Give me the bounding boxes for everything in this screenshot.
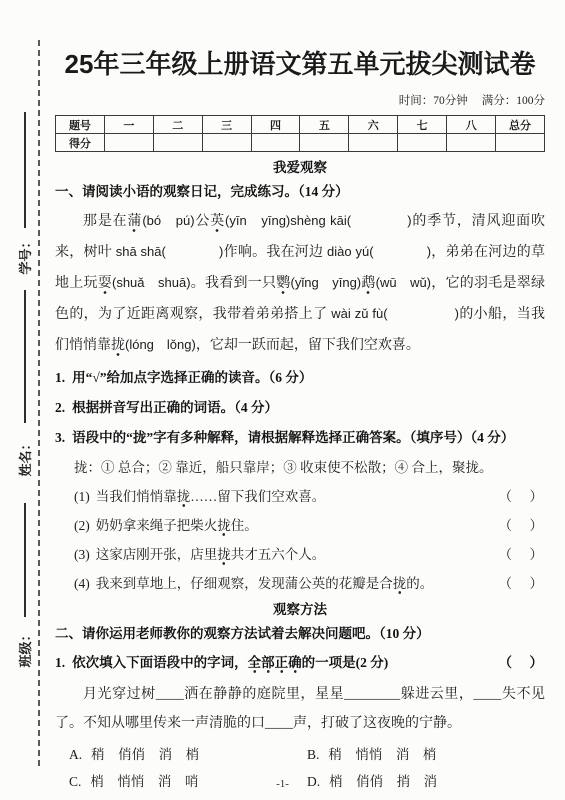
- sub-text-post: 住。: [231, 518, 258, 533]
- score-table-header-cell: 八: [447, 116, 496, 134]
- student-id-label: 学号：: [15, 233, 35, 277]
- class-label: 班级：: [15, 626, 35, 670]
- emphasized-char: 拢: [393, 576, 407, 595]
- choice-option[interactable]: B.稍 悄悄 消 梢: [307, 741, 545, 768]
- sub-question-text: 这家店刚开张，店里拢共才五六个人。: [96, 540, 326, 569]
- sub-question-number: (3): [74, 540, 90, 569]
- full-score: 满分：100分: [482, 95, 545, 107]
- student-id-writing-line: [24, 112, 26, 228]
- score-table-header-cell: 总分: [496, 116, 545, 134]
- passage-segment: 鹉: [361, 276, 376, 295]
- option-letter: B.: [307, 747, 319, 762]
- question-number: 1.: [55, 370, 65, 385]
- question-text-post: 的一项是(2 分): [302, 655, 389, 670]
- sub-text-post: 共才五六个人。: [231, 547, 326, 562]
- score-table-score-row: 得分: [56, 134, 545, 152]
- score-table-header-cell: 六: [349, 116, 398, 134]
- sub-question-line: (2) 奶奶拿来绳子把柴火拢住。 （ ）: [55, 511, 545, 540]
- passage-segment: 作响。我在河边: [223, 245, 327, 260]
- question-number: 3.: [55, 430, 65, 445]
- question-line: 3.语段中的“拢”字有多种解释，请根据解释选择正确答案。（填序号）（4 分）: [55, 423, 545, 453]
- score-row-label: 得分: [56, 134, 105, 152]
- score-table-header-cell: 题号: [56, 116, 105, 134]
- emphasized-char: 拢: [217, 518, 231, 537]
- score-empty-cell[interactable]: [447, 134, 496, 152]
- observation-diary-passage: 那是在蒲(bó pú)公英(yīn yīng)shèng kāi( )的季节，清…: [55, 206, 545, 361]
- section1-questions: 1.用“√”给加点字选择正确的读音。（6 分） 2.根据拼音写出正确的词语。（4…: [55, 363, 545, 453]
- exam-paper-page: 学号： 姓名： 班级： 25年三年级上册语文第五单元拔尖测试卷 时间：70分钟满…: [0, 0, 565, 800]
- answer-blank[interactable]: （ ）: [499, 511, 546, 540]
- class-writing-line: [24, 503, 26, 617]
- section1-sub-items: (1) 当我们悄悄靠拢……留下我们空欢喜。 （ ） (2) 奶奶拿来绳子把柴火拢…: [55, 482, 545, 598]
- name-writing-line: [24, 290, 26, 423]
- score-empty-cell[interactable]: [251, 134, 300, 152]
- question-number: 2.: [55, 400, 65, 415]
- passage-segment: 耍: [98, 276, 112, 295]
- option-text: 稍 悄悄 消 梢: [328, 747, 436, 762]
- passage-segment: 公: [195, 214, 211, 229]
- score-empty-cell[interactable]: [104, 134, 153, 152]
- score-table-header-cell: 一: [104, 116, 153, 134]
- passage-segment: (wū wǔ): [376, 275, 431, 290]
- score-empty-cell[interactable]: [496, 134, 545, 152]
- score-empty-cell[interactable]: [349, 134, 398, 152]
- answer-blank[interactable]: （ ）: [499, 482, 546, 511]
- score-table-header-cell: 七: [398, 116, 447, 134]
- sub-question-line: (1) 当我们悄悄靠拢……留下我们空欢喜。 （ ）: [55, 482, 545, 511]
- cloze-passage: 月光穿过树____洒在静静的庭院里，星星________躲进云里，____失不见…: [55, 680, 545, 738]
- sub-text-pre: 奶奶拿来绳子把柴火: [96, 518, 218, 533]
- section2-intro: 二、请你运用老师教你的观察方法试着去解决问题吧。（10 分）: [55, 622, 545, 646]
- score-table-header-cell: 五: [300, 116, 349, 134]
- sub-text-post: ……留下我们空欢喜。: [190, 489, 325, 504]
- passage-segment: (lóng lǒng): [125, 337, 196, 352]
- score-table-header-cell: 二: [153, 116, 202, 134]
- question-text: 用“√”给加点字选择正确的读音。（6 分）: [72, 370, 312, 385]
- question-line: 1.用“√”给加点字选择正确的读音。（6 分）: [55, 363, 545, 393]
- score-empty-cell[interactable]: [202, 134, 251, 152]
- passage-segment: ，它却一跃而起，留下我们空欢喜。: [196, 338, 420, 353]
- section1-intro: 一、请阅读小语的观察日记，完成练习。（14 分）: [55, 180, 545, 204]
- sub-question-text: 奶奶拿来绳子把柴火拢住。: [96, 511, 258, 540]
- question-number: 1.: [55, 648, 65, 678]
- score-empty-cell[interactable]: [153, 134, 202, 152]
- seal-dashed-line: [38, 40, 40, 766]
- score-table-header-cell: 四: [251, 116, 300, 134]
- passage-segment: 。我看到一只: [191, 276, 277, 291]
- name-label: 姓名：: [15, 435, 35, 479]
- score-table-header-cell: 三: [202, 116, 251, 134]
- exam-title: 25年三年级上册语文第五单元拔尖测试卷: [55, 44, 545, 84]
- answer-blank[interactable]: （ ）: [499, 569, 546, 598]
- question-text-pre: 依次填入下面语段中的字词，: [72, 655, 248, 670]
- score-empty-cell[interactable]: [300, 134, 349, 152]
- sub-question-number: (2): [74, 511, 90, 540]
- sub-question-text: 我来到草地上，仔细观察，发现蒲公英的花瓣是合拢的。: [96, 569, 434, 598]
- passage-segment: diào yú( ): [327, 244, 431, 259]
- question-text: 依次填入下面语段中的字词，全部正确的一项是(2 分): [72, 648, 388, 678]
- answer-blank[interactable]: （ ）: [499, 540, 546, 569]
- page-number: -1-: [0, 778, 565, 790]
- passage-segment: (shuǎ shuā): [112, 275, 191, 290]
- sub-text-pre: 这家店刚开张，店里: [96, 547, 218, 562]
- sub-question-line: (3) 这家店刚开张，店里拢共才五六个人。 （ ）: [55, 540, 545, 569]
- content-column: 25年三年级上册语文第五单元拔尖测试卷 时间：70分钟满分：100分 题号一二三…: [55, 44, 545, 795]
- section1-heading: 我爱观察: [55, 158, 545, 177]
- passage-segment: 拢: [111, 338, 125, 357]
- emphasized-phrase: 全部正确: [248, 655, 302, 674]
- question-text: 语段中的“拢”字有多种解释，请根据解释选择正确答案。（填序号）（4 分）: [72, 430, 514, 445]
- passage-segment: 英: [210, 214, 225, 233]
- score-table-header-row: 题号一二三四五六七八总分: [56, 116, 545, 134]
- choice-option[interactable]: A.稍 俏俏 消 梢: [69, 741, 307, 768]
- sub-text-post: 的。: [406, 576, 433, 591]
- score-table: 题号一二三四五六七八总分 得分: [55, 115, 545, 152]
- question-line: 2.根据拼音写出正确的词语。（4 分）: [55, 393, 545, 423]
- option-letter: A.: [69, 747, 82, 762]
- sub-question-line: (4) 我来到草地上，仔细观察，发现蒲公英的花瓣是合拢的。 （ ）: [55, 569, 545, 598]
- option-text: 稍 俏俏 消 梢: [91, 747, 199, 762]
- question-text: 根据拼音写出正确的词语。（4 分）: [72, 400, 278, 415]
- passage-segment: (yīn yīng): [225, 213, 290, 228]
- passage-segment: 蒲: [127, 214, 142, 233]
- section2-question1: 1. 依次填入下面语段中的字词，全部正确的一项是(2 分) （ ）: [55, 648, 545, 678]
- section2-heading: 观察方法: [55, 600, 545, 619]
- emphasized-char: 拢: [177, 489, 191, 508]
- sub-text-pre: 我来到草地上，仔细观察，发现蒲公英的花瓣是合: [96, 576, 393, 591]
- passage-segment: 鹦: [276, 276, 290, 295]
- sub-question-text: 当我们悄悄靠拢……留下我们空欢喜。: [96, 482, 326, 511]
- sub-question-number: (4): [74, 569, 90, 598]
- passage-segment: (yǐng yīng): [291, 275, 362, 290]
- definition-line: 拢：① 总合；② 靠近，船只靠岸；③ 收束使不松散；④ 合上，聚拢。: [55, 453, 545, 482]
- answer-blank[interactable]: （ ）: [499, 648, 546, 678]
- emphasized-char: 拢: [217, 547, 231, 566]
- passage-segment: wài zǔ fù( ): [331, 306, 459, 321]
- exam-meta: 时间：70分钟满分：100分: [55, 92, 545, 108]
- score-empty-cell[interactable]: [398, 134, 447, 152]
- passage-segment: 那是在: [83, 214, 127, 229]
- passage-segment: shā shā( ): [116, 244, 224, 259]
- passage-segment: (bó pú): [142, 213, 194, 228]
- sub-question-number: (1): [74, 482, 90, 511]
- sub-text-pre: 当我们悄悄靠: [96, 489, 177, 504]
- time-limit: 时间：70分钟: [399, 95, 468, 107]
- passage-segment: shèng kāi( ): [290, 213, 411, 228]
